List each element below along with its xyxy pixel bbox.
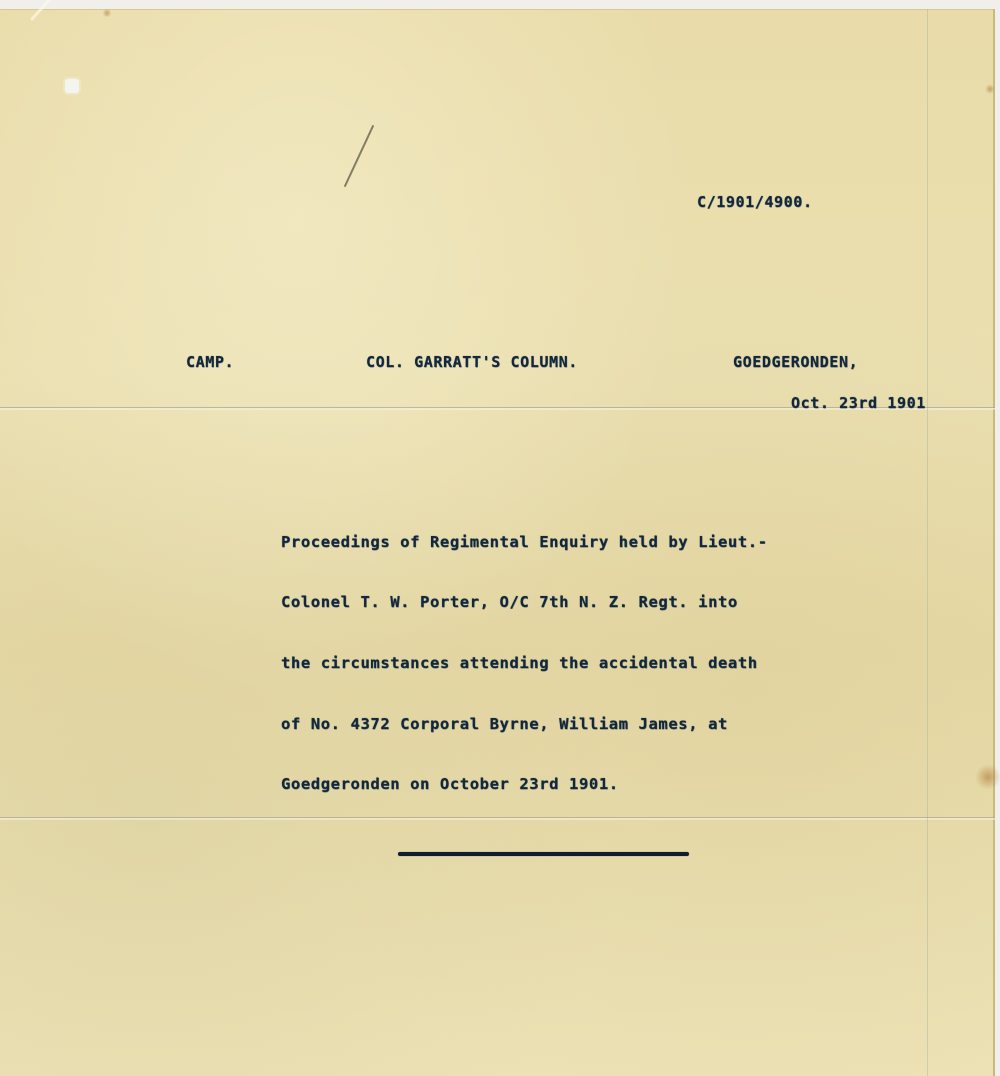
vertical-fold-line: [927, 9, 928, 1076]
header-date: Oct. 23rd 1901: [791, 394, 926, 412]
pencil-mark: [344, 125, 375, 187]
closing-underline-rule: [398, 852, 689, 856]
punch-hole: [65, 79, 79, 93]
body-line: Goedgeronden on October 23rd 1901.: [281, 775, 619, 793]
header-camp: CAMP.: [186, 353, 234, 371]
body-line: Proceedings of Regimental Enquiry held b…: [281, 533, 768, 551]
reference-number: C/1901/4900.: [697, 193, 813, 211]
stain-spot: [985, 84, 995, 94]
body-line: Colonel T. W. Porter, O/C 7th N. Z. Regt…: [281, 593, 738, 611]
diagonal-crease: [30, 0, 233, 21]
body-line: the circumstances attending the accident…: [281, 654, 758, 672]
stain-spot: [102, 9, 112, 17]
paper-sheet: C/1901/4900. CAMP. COL. GARRATT'S COLUMN…: [0, 9, 995, 1076]
stain-spot: [975, 764, 1000, 790]
scanned-page: C/1901/4900. CAMP. COL. GARRATT'S COLUMN…: [0, 0, 1000, 1076]
body-line: of No. 4372 Corporal Byrne, William Jame…: [281, 715, 728, 733]
header-column: COL. GARRATT'S COLUMN.: [366, 353, 578, 371]
header-place: GOEDGERONDEN,: [733, 353, 858, 371]
horizontal-fold-crease: [0, 817, 995, 820]
